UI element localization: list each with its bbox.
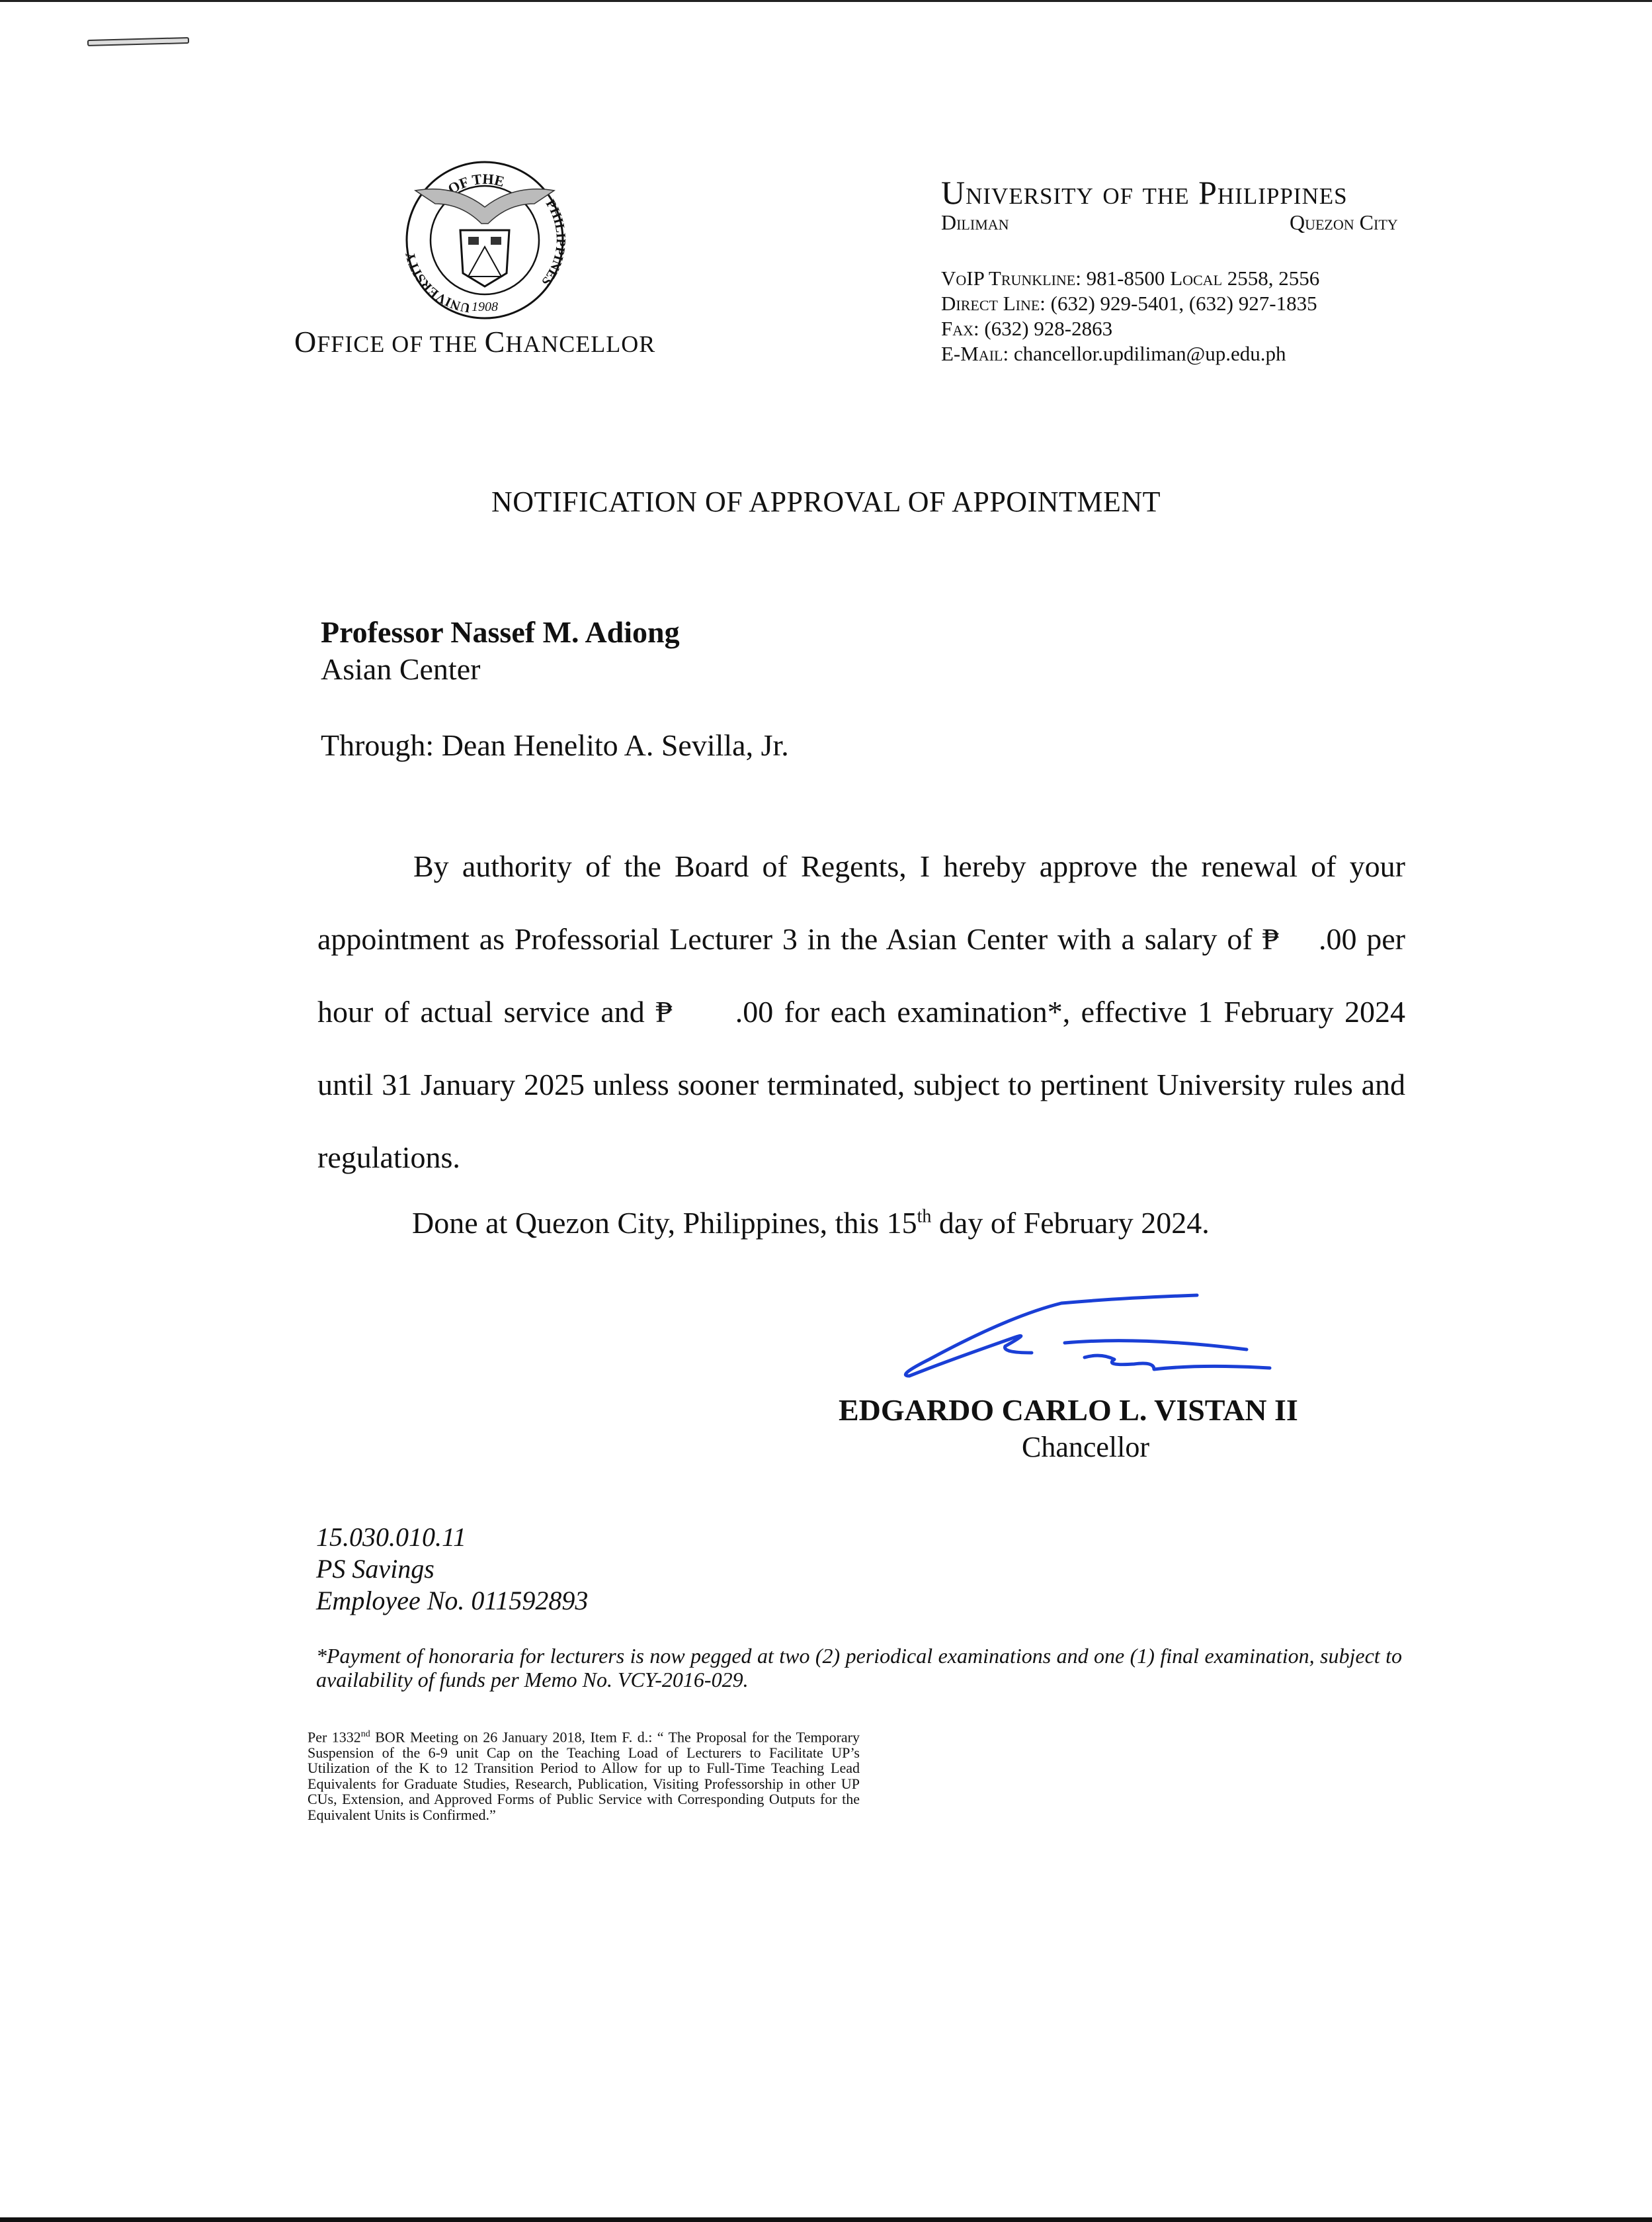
email-line: E-Mail: chancellor.updiliman@up.edu.ph bbox=[941, 341, 1319, 366]
honoraria-footnote: *Payment of honoraria for lecturers is n… bbox=[316, 1644, 1402, 1691]
addressee-unit: Asian Center bbox=[321, 651, 680, 688]
signatory-position: Chancellor bbox=[1022, 1430, 1149, 1464]
svg-text:UNIVERSITY: UNIVERSITY bbox=[403, 250, 472, 315]
fax-line: Fax: (632) 928-2863 bbox=[941, 316, 1319, 341]
peso-sign: ₱ bbox=[655, 995, 673, 1029]
city-name: Quezon City bbox=[1290, 210, 1398, 235]
body-paragraph: By authority of the Board of Regents, I … bbox=[317, 830, 1405, 1194]
campus-name: Diliman bbox=[941, 210, 1009, 235]
email-link[interactable]: chancellor.updiliman@up.edu.ph bbox=[1009, 342, 1286, 365]
addressee-name: Professor Nassef M. Adiong bbox=[321, 614, 680, 651]
svg-text:1908: 1908 bbox=[472, 300, 498, 314]
up-seal-logo: OF THE UNIVERSITY PHILIPPINES 1908 bbox=[402, 157, 567, 323]
account-codes: 15.030.010.11 PS Savings Employee No. 01… bbox=[316, 1521, 588, 1617]
peso-sign: ₱ bbox=[1262, 922, 1279, 956]
office-of-the-chancellor-heading: OFFICE OF THE CHANCELLOR bbox=[294, 324, 655, 359]
account-code: 15.030.010.11 bbox=[316, 1521, 588, 1553]
fund-source: PS Savings bbox=[316, 1553, 588, 1585]
svg-text:PHILIPPINES: PHILIPPINES bbox=[538, 197, 567, 288]
scan-top-edge bbox=[0, 0, 1652, 2]
university-name: University of the Philippines bbox=[941, 173, 1348, 212]
scan-bottom-edge bbox=[0, 2217, 1652, 2222]
document-title: NOTIFICATION OF APPROVAL OF APPOINTMENT bbox=[0, 485, 1652, 519]
direct-line: Direct Line: (632) 929-5401, (632) 927-1… bbox=[941, 291, 1319, 316]
addressee-block: Professor Nassef M. Adiong Asian Center bbox=[321, 614, 680, 688]
bor-note: Per 1332nd BOR Meeting on 26 January 201… bbox=[308, 1727, 860, 1822]
voip-line: VoIP Trunkline: 981-8500 Local 2558, 255… bbox=[941, 266, 1319, 291]
contact-block: VoIP Trunkline: 981-8500 Local 2558, 255… bbox=[941, 266, 1319, 366]
employee-number: Employee No. 011592893 bbox=[316, 1585, 588, 1617]
signatory-name: EDGARDO CARLO L. VISTAN II bbox=[839, 1392, 1298, 1428]
through-line: Through: Dean Henelito A. Sevilla, Jr. bbox=[321, 728, 789, 763]
staple-mark bbox=[87, 37, 189, 46]
signature bbox=[889, 1290, 1313, 1389]
done-at-line: Done at Quezon City, Philippines, this 1… bbox=[412, 1205, 1210, 1240]
